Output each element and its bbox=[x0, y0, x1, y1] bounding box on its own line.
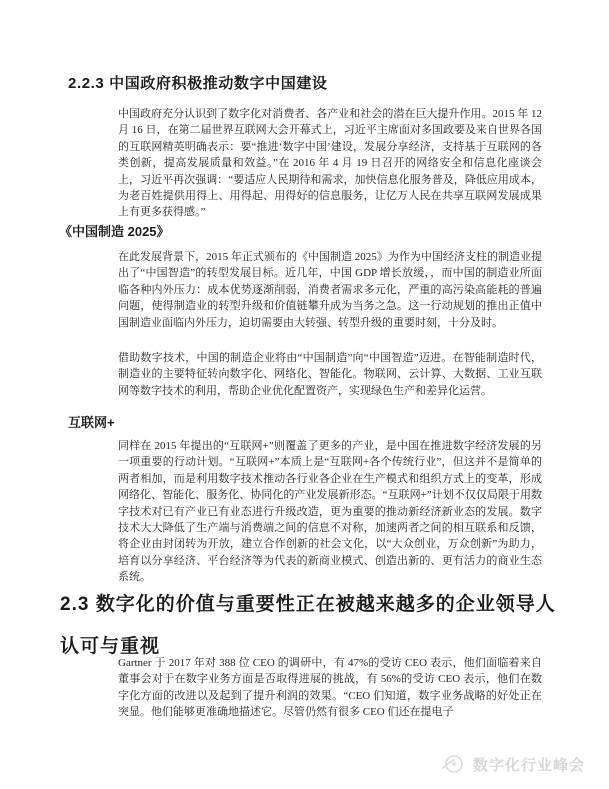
summit-logo-icon bbox=[441, 752, 465, 776]
paragraph-internet-plus: 同样在 2015 年提出的“互联网+”则覆盖了更多的产业，是中国在推进数字经济发… bbox=[118, 438, 542, 586]
paragraph-ceo-survey: Gartner 于 2017 年对 388 位 CEO 的调研中，有 47%的受… bbox=[118, 655, 542, 721]
paragraph-made-in-china-1: 在此发展背景下，2015 年正式颁布的《中国制造 2025》为作为中国经济支柱的… bbox=[118, 249, 542, 331]
subheading-internet-plus: 互联网+ bbox=[68, 412, 115, 431]
subheading-made-in-china-2025: 《中国制造 2025》 bbox=[59, 221, 170, 240]
footer-watermark: 数字化行业峰会 bbox=[441, 752, 585, 776]
heading-2-2-3: 2.2.3 中国政府积极推动数字中国建设 bbox=[68, 72, 328, 93]
footer-brand-text: 数字化行业峰会 bbox=[473, 754, 585, 775]
paragraph-digital-china: 中国政府充分认识到了数字化对消费者、各产业和社会的潜在巨大提升作用。2015 年… bbox=[118, 106, 542, 221]
document-page: 2.2.3 中国政府积极推动数字中国建设 中国政府充分认识到了数字化对消费者、各… bbox=[0, 0, 609, 789]
paragraph-made-in-china-2: 借助数字技术，中国的制造企业将由“中国制造”向“中国智造”迈进。在智能制造时代，… bbox=[118, 350, 542, 399]
